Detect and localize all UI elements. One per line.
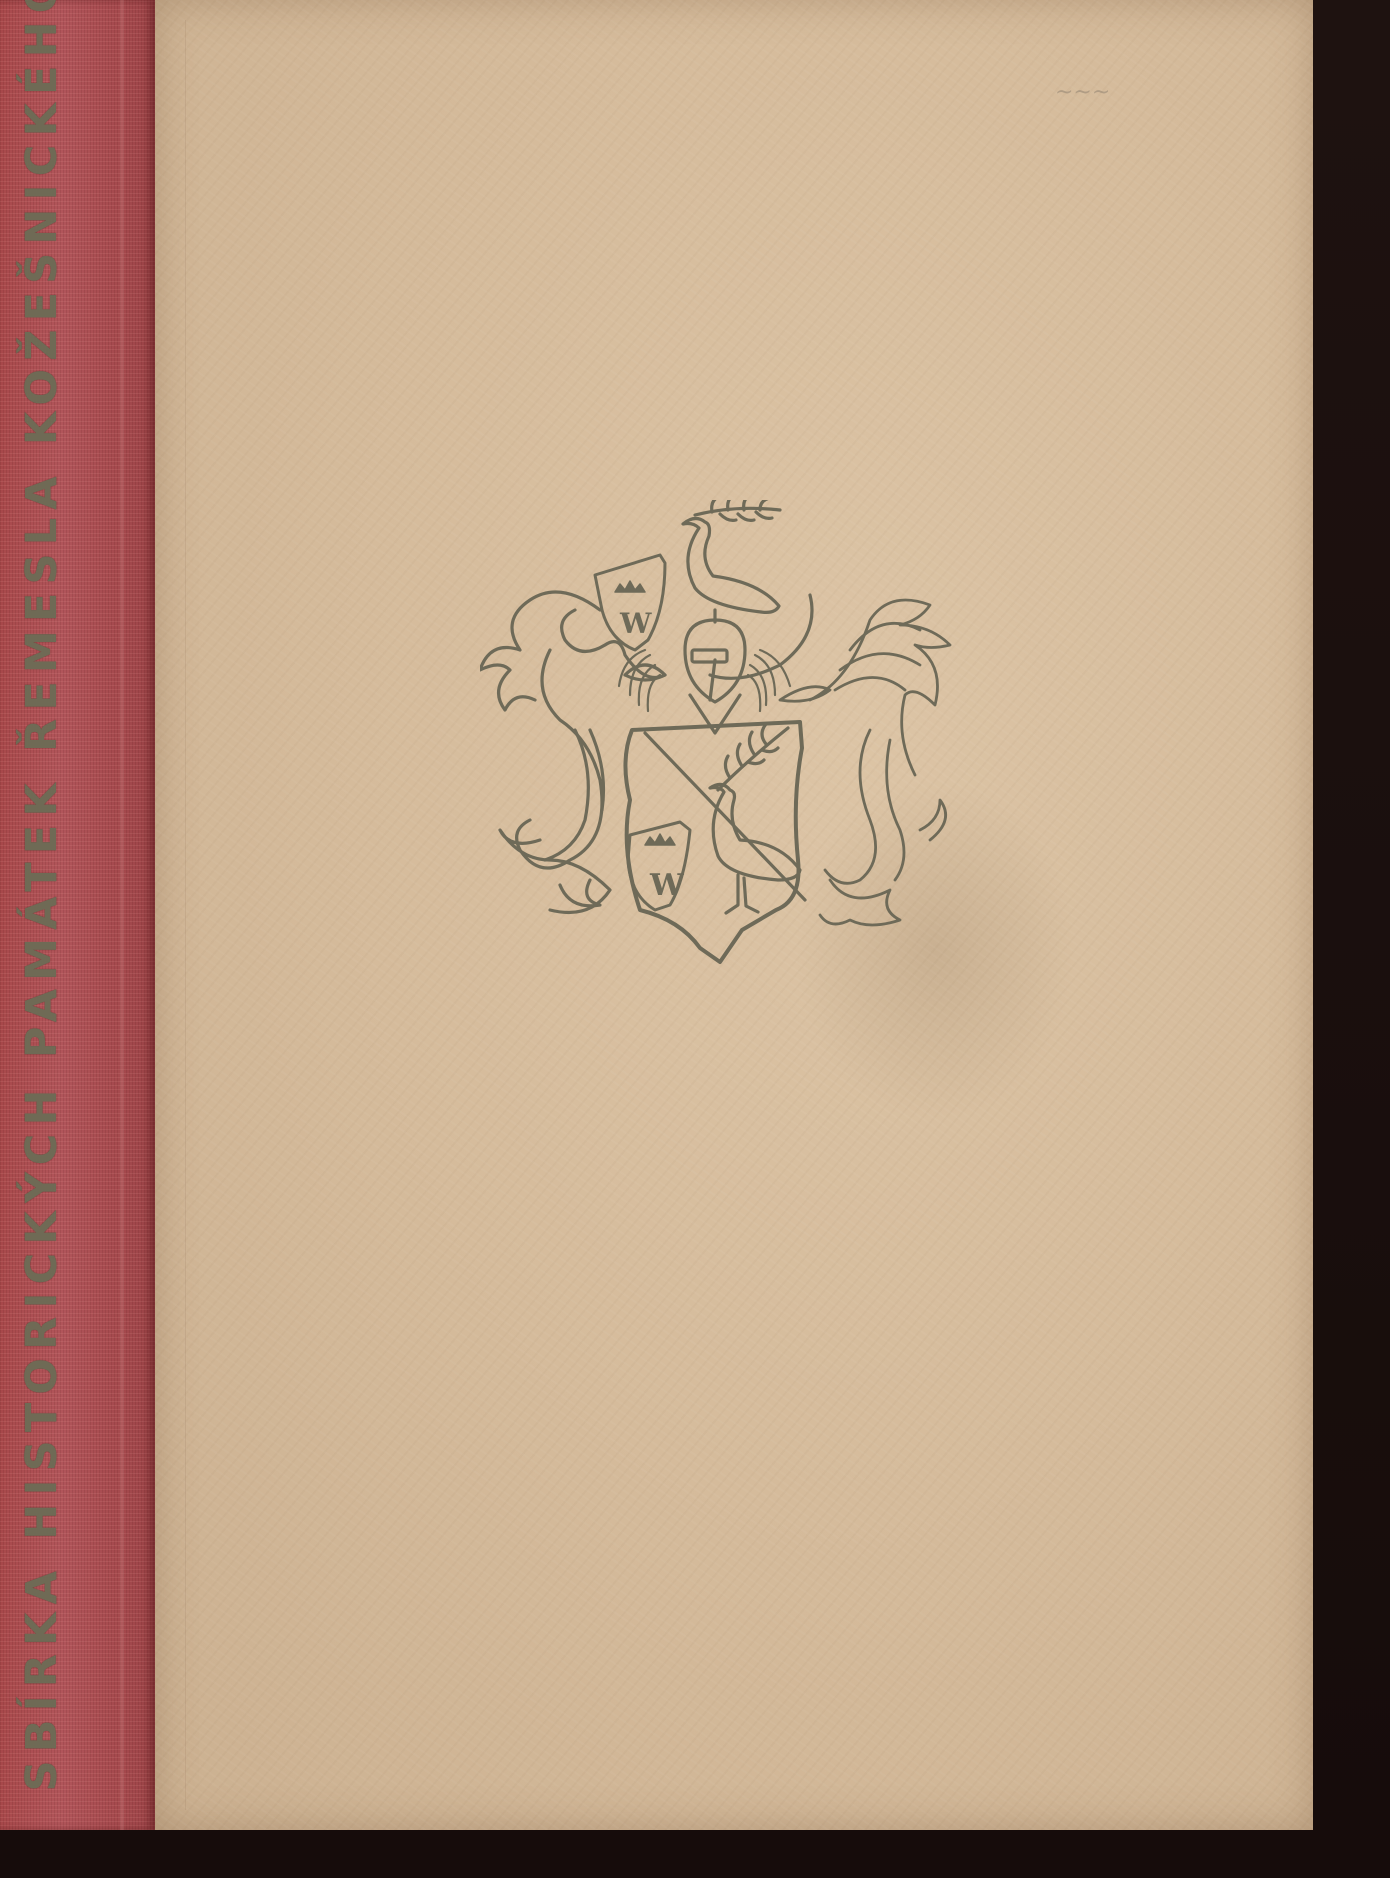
book-spine: SBÍRKA HISTORICKÝCH PAMÁTEK ŘEMESLA KOŽE…	[0, 0, 155, 1830]
spine-hinge	[120, 0, 124, 1830]
svg-text:W: W	[649, 868, 685, 903]
svg-text:W: W	[619, 607, 652, 640]
coat-of-arms-icon: W W	[480, 500, 980, 980]
spine-title: SBÍRKA HISTORICKÝCH PAMÁTEK ŘEMESLA KOŽE…	[17, 0, 67, 1792]
coat-of-arms-emblem: W W	[480, 500, 980, 980]
pencil-note: ~~~	[1055, 80, 1110, 105]
